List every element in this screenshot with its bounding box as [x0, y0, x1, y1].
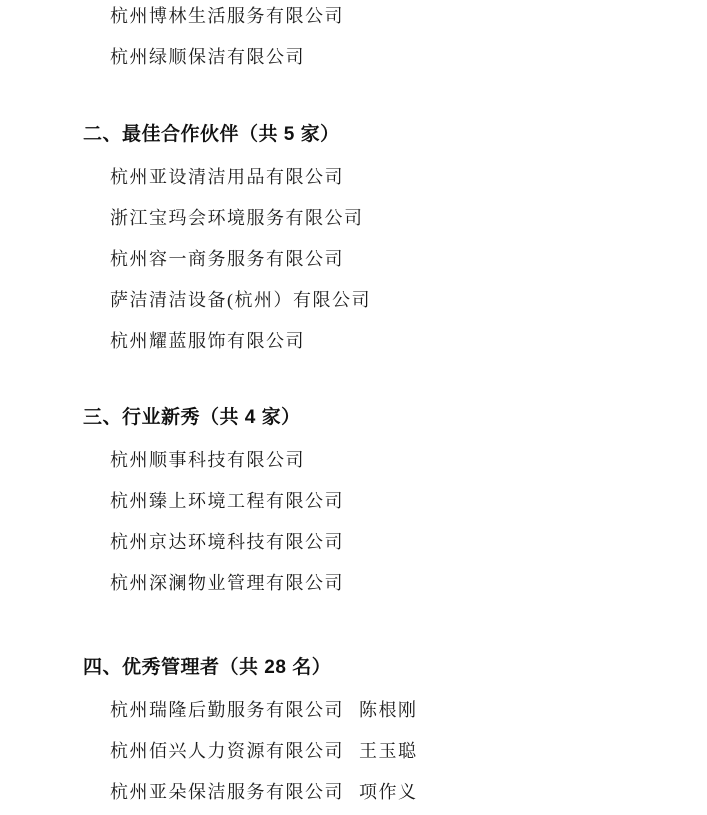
- company-name: 杭州深澜物业管理有限公司: [110, 573, 344, 593]
- award-section: 三、行业新秀（共 4 家）杭州顺事科技有限公司杭州臻上环境工程有限公司杭州京达环…: [83, 397, 707, 604]
- list-item: 杭州容一商务服务有限公司: [110, 239, 707, 280]
- company-name: 杭州耀蓝服饰有限公司: [110, 331, 305, 351]
- section-item-list: 杭州顺事科技有限公司杭州臻上环境工程有限公司杭州京达环境科技有限公司杭州深澜物业…: [110, 440, 707, 604]
- carryover-list: 杭州博林生活服务有限公司杭州绿顺保洁有限公司: [110, 0, 707, 78]
- list-item: 杭州绿顺保洁有限公司: [110, 37, 707, 78]
- section-heading: 二、最佳合作伙伴（共 5 家）: [83, 114, 707, 155]
- company-name: 杭州臻上环境工程有限公司: [110, 491, 344, 511]
- sections: 二、最佳合作伙伴（共 5 家）杭州亚设清洁用品有限公司浙江宝玛会环境服务有限公司…: [0, 114, 707, 813]
- list-item: 杭州深澜物业管理有限公司: [110, 563, 707, 604]
- list-item: 杭州佰兴人力资源有限公司王玉聪: [110, 731, 707, 772]
- company-name: 杭州亚朵保洁服务有限公司: [110, 782, 344, 802]
- company-name: 杭州京达环境科技有限公司: [110, 532, 344, 552]
- company-name: 杭州绿顺保洁有限公司: [110, 47, 305, 67]
- list-item: 浙江宝玛会环境服务有限公司: [110, 198, 707, 239]
- section-item-list: 杭州瑞隆后勤服务有限公司陈根刚杭州佰兴人力资源有限公司王玉聪杭州亚朵保洁服务有限…: [110, 690, 707, 813]
- award-section: 二、最佳合作伙伴（共 5 家）杭州亚设清洁用品有限公司浙江宝玛会环境服务有限公司…: [83, 114, 707, 362]
- company-name: 杭州瑞隆后勤服务有限公司: [110, 700, 344, 720]
- list-item: 杭州瑞隆后勤服务有限公司陈根刚: [110, 690, 707, 731]
- person-name: 王玉聪: [359, 741, 418, 761]
- list-item: 杭州耀蓝服饰有限公司: [110, 321, 707, 362]
- award-section: 四、优秀管理者（共 28 名）杭州瑞隆后勤服务有限公司陈根刚杭州佰兴人力资源有限…: [83, 647, 707, 813]
- list-item: 萨洁清洁设备(杭州）有限公司: [110, 280, 707, 321]
- section-item-list: 杭州亚设清洁用品有限公司浙江宝玛会环境服务有限公司杭州容一商务服务有限公司萨洁清…: [110, 157, 707, 362]
- company-name: 杭州亚设清洁用品有限公司: [110, 167, 344, 187]
- section-heading: 三、行业新秀（共 4 家）: [83, 397, 707, 438]
- company-name: 杭州博林生活服务有限公司: [110, 6, 344, 26]
- list-item: 杭州亚朵保洁服务有限公司项作义: [110, 772, 707, 813]
- list-item: 杭州臻上环境工程有限公司: [110, 481, 707, 522]
- person-name: 陈根刚: [359, 700, 418, 720]
- person-name: 项作义: [359, 782, 418, 802]
- company-name: 杭州容一商务服务有限公司: [110, 249, 344, 269]
- company-name: 杭州顺事科技有限公司: [110, 450, 305, 470]
- list-item: 杭州亚设清洁用品有限公司: [110, 157, 707, 198]
- list-item: 杭州博林生活服务有限公司: [110, 0, 707, 37]
- document-content: 杭州博林生活服务有限公司杭州绿顺保洁有限公司 二、最佳合作伙伴（共 5 家）杭州…: [0, 0, 707, 813]
- company-name: 杭州佰兴人力资源有限公司: [110, 741, 344, 761]
- section-heading: 四、优秀管理者（共 28 名）: [83, 647, 707, 688]
- document-page: 杭州博林生活服务有限公司杭州绿顺保洁有限公司 二、最佳合作伙伴（共 5 家）杭州…: [0, 0, 707, 815]
- list-item: 杭州京达环境科技有限公司: [110, 522, 707, 563]
- company-name: 浙江宝玛会环境服务有限公司: [110, 208, 364, 228]
- company-name: 萨洁清洁设备(杭州）有限公司: [110, 290, 371, 310]
- list-item: 杭州顺事科技有限公司: [110, 440, 707, 481]
